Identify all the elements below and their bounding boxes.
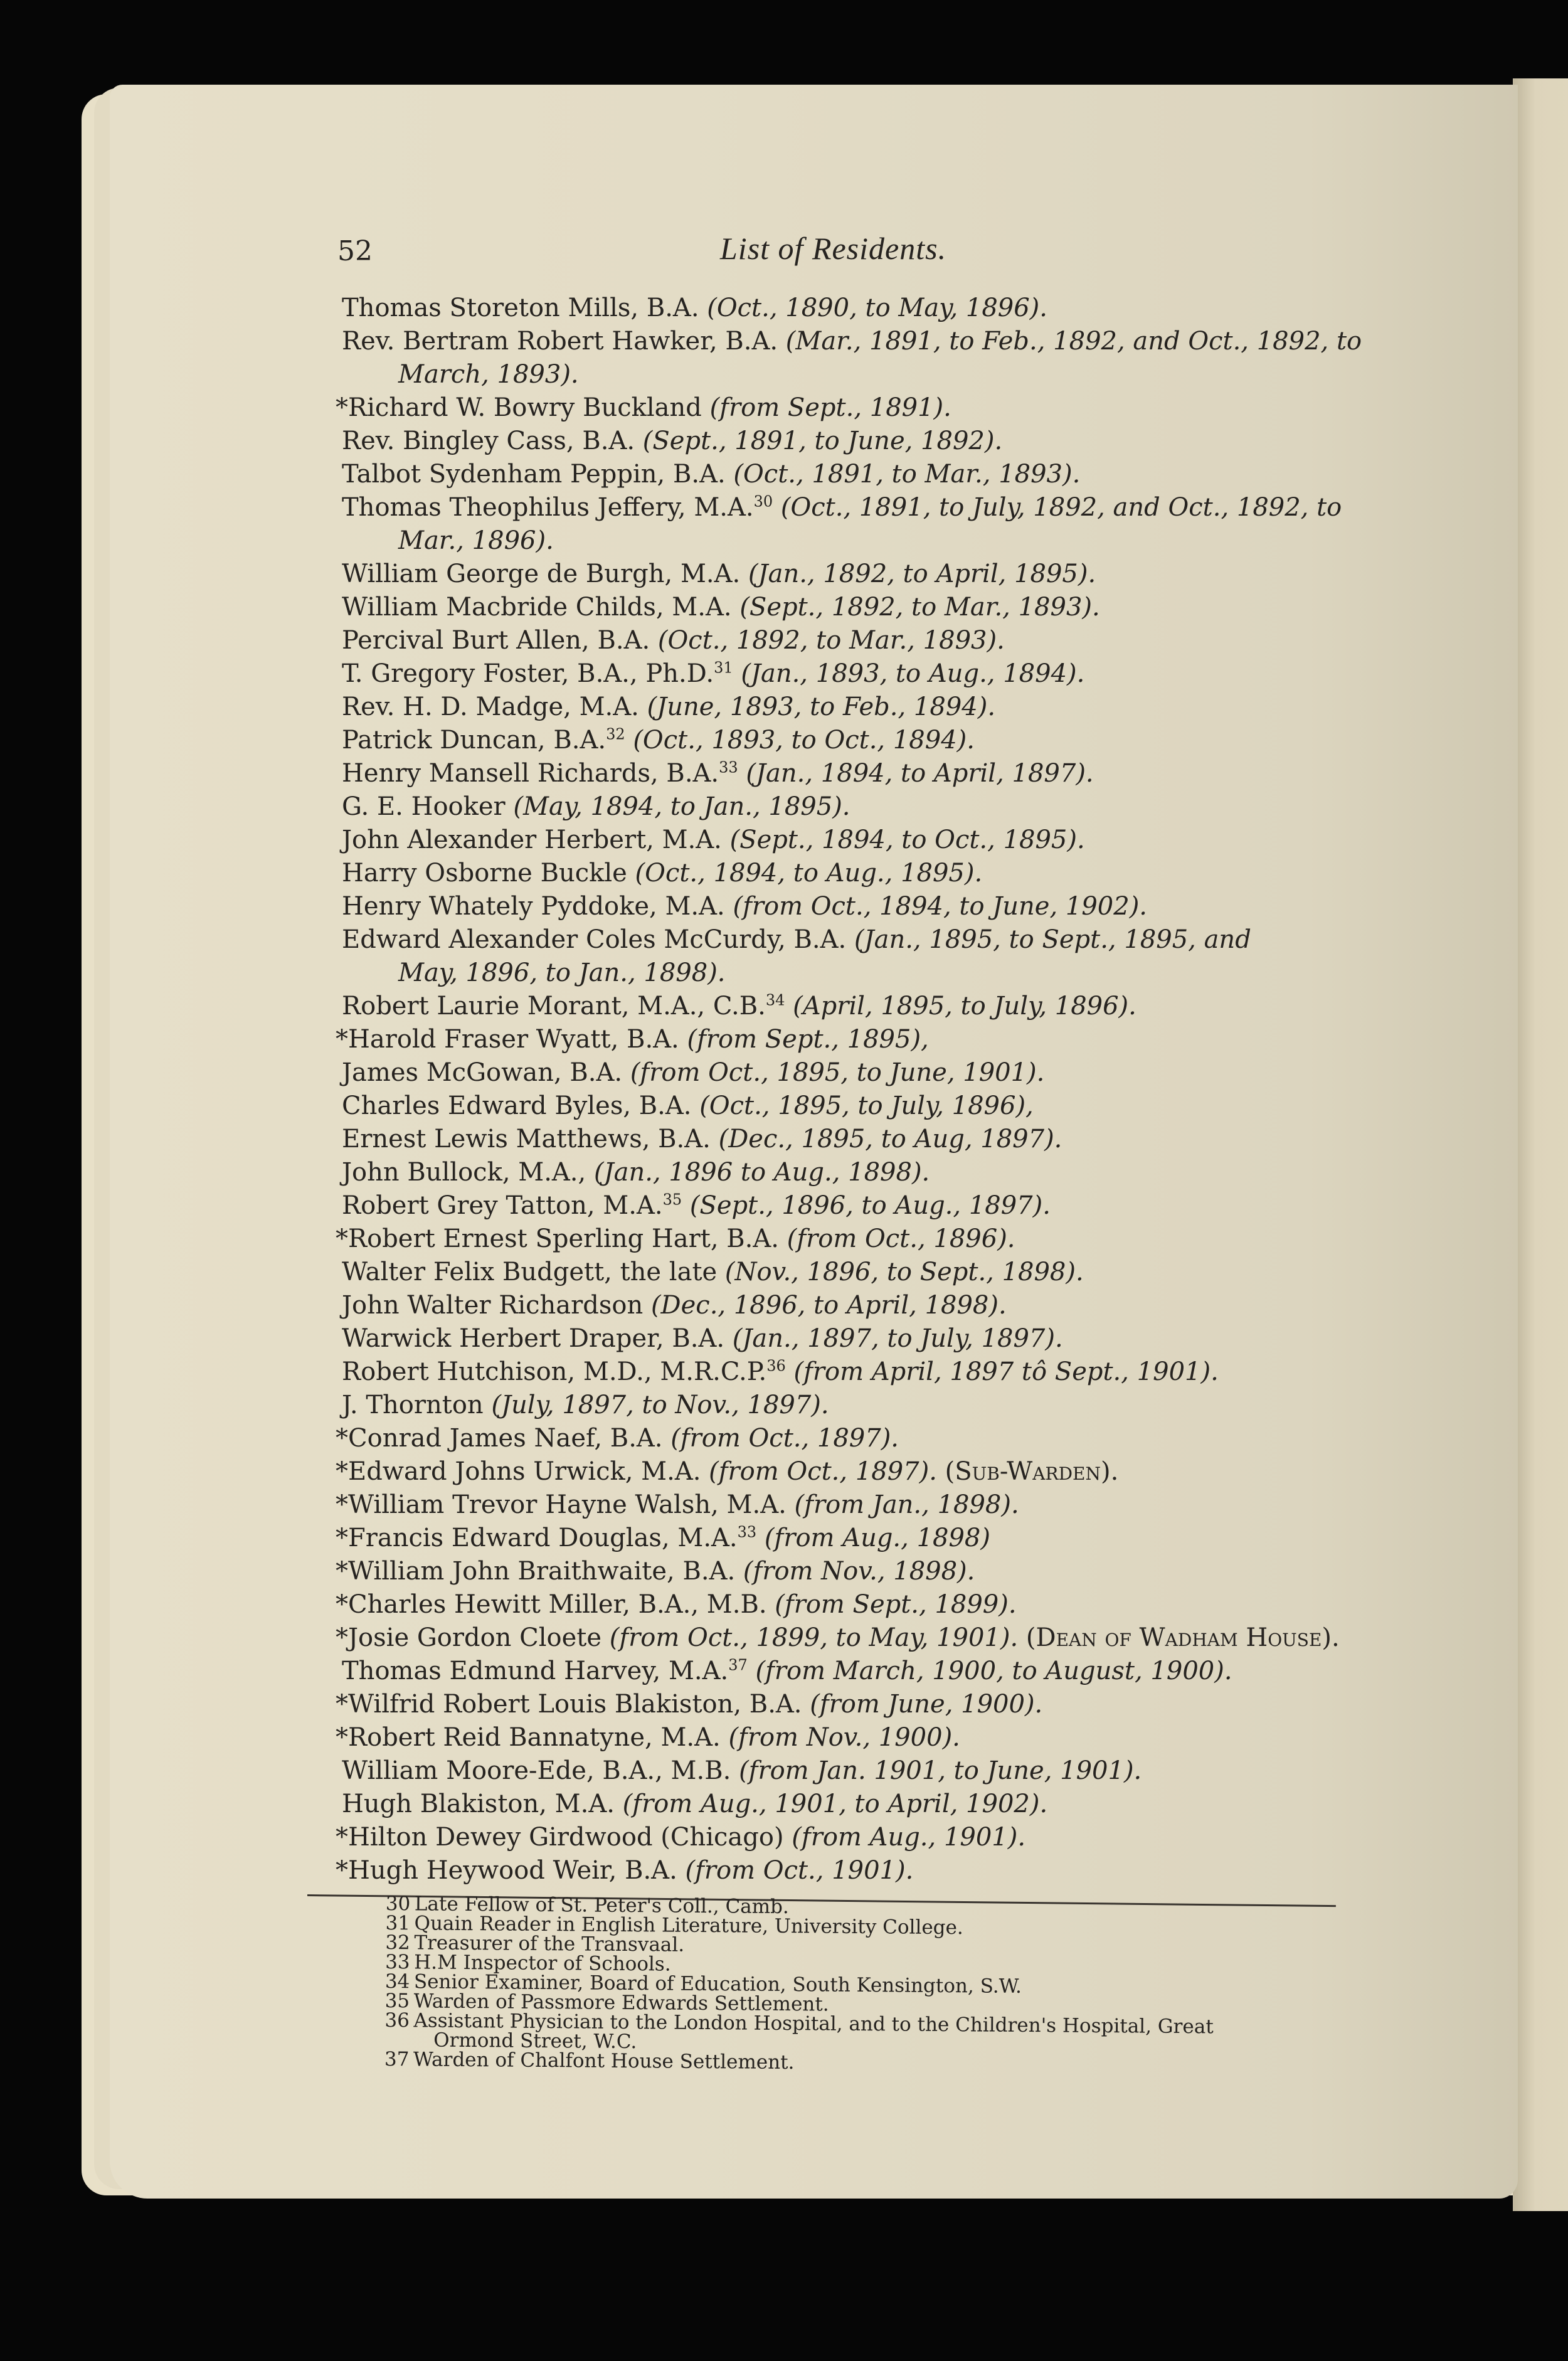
- footnote-number: 34: [385, 1972, 414, 1992]
- resident-name: Percival Burt Allen, B.A.: [342, 626, 650, 655]
- residence-dates: (from Oct., 1894, to June, 1902).: [733, 892, 1147, 921]
- resident-entry: *Robert Reid Bannatyne, M.A. (from Nov.,…: [336, 1721, 1402, 1754]
- residence-dates: (June, 1893, to Feb., 1894).: [647, 692, 995, 721]
- entry-line: William George de Burgh, M.A. (Jan., 189…: [342, 560, 1096, 588]
- resident-name: T. Gregory Foster, B.A., Ph.D.: [342, 659, 714, 688]
- entry-line: Rev. H. D. Madge, M.A. (June, 1893, to F…: [342, 692, 995, 721]
- resident-name: Thomas Storeton Mills, B.A.: [342, 294, 699, 322]
- resident-name: Josie Gordon Cloete: [348, 1623, 601, 1652]
- footnote-ref: 35: [663, 1191, 682, 1209]
- footnote-number: 31: [386, 1914, 415, 1933]
- resident-name: William Macbride Childs, M.A.: [342, 593, 732, 622]
- entry-line: Harry Osborne Buckle (Oct., 1894, to Aug…: [342, 859, 982, 888]
- resident-entry: *Hugh Heywood Weir, B.A. (from Oct., 190…: [336, 1854, 1402, 1887]
- running-title: List of Residents.: [720, 230, 946, 267]
- entry-line: Edward Alexander Coles McCurdy, B.A. (Ja…: [342, 925, 1251, 954]
- resident-entry: *Richard W. Bowry Buckland (from Sept., …: [336, 391, 1402, 425]
- residence-dates: (April, 1895, to July, 1896).: [793, 992, 1136, 1021]
- residence-dates: (Oct., 1892, to Mar., 1893).: [658, 626, 1005, 655]
- asterisk-marker: *: [336, 1490, 348, 1519]
- residence-dates: (Sept., 1891, to June, 1892).: [643, 427, 1002, 455]
- residence-dates: (May, 1894, to Jan., 1895).: [513, 792, 850, 821]
- residence-dates: (Oct., 1890, to May, 1896).: [707, 294, 1047, 322]
- residence-dates: (from Aug., 1898): [765, 1524, 990, 1552]
- entry-line: Robert Grey Tatton, M.A.35 (Sept., 1896,…: [342, 1191, 1051, 1220]
- entry-line: Ernest Lewis Matthews, B.A. (Dec., 1895,…: [342, 1125, 1062, 1154]
- footnote-ref: 31: [714, 659, 733, 677]
- entry-line: *William John Braithwaite, B.A. (from No…: [336, 1557, 975, 1586]
- residence-dates: (Dec., 1895, to Aug, 1897).: [719, 1125, 1062, 1154]
- resident-entry: *Edward Johns Urwick, M.A. (from Oct., 1…: [336, 1455, 1402, 1488]
- resident-entry: James McGowan, B.A. (from Oct., 1895, to…: [336, 1056, 1402, 1090]
- entry-line: J. Thornton (July, 1897, to Nov., 1897).: [342, 1391, 829, 1419]
- asterisk-marker: *: [336, 1856, 348, 1885]
- page-header: 52 List of Residents.: [337, 235, 1278, 285]
- entry-line: William Macbride Childs, M.A. (Sept., 18…: [342, 593, 1100, 622]
- entry-line: *Robert Reid Bannatyne, M.A. (from Nov.,…: [336, 1723, 960, 1752]
- resident-entry: G. E. Hooker (May, 1894, to Jan., 1895).: [336, 790, 1402, 824]
- resident-entry: Thomas Storeton Mills, B.A. (Oct., 1890,…: [336, 292, 1402, 325]
- resident-name: John Bullock, M.A.,: [342, 1158, 586, 1187]
- resident-name: Charles Hewitt Miller, B.A., M.B.: [348, 1590, 767, 1619]
- resident-entry: Rev. Bertram Robert Hawker, B.A. (Mar., …: [336, 325, 1402, 391]
- footnote-ref: 33: [738, 1524, 757, 1541]
- resident-entry: Rev. H. D. Madge, M.A. (June, 1893, to F…: [336, 691, 1402, 724]
- resident-entry: *Hilton Dewey Girdwood (Chicago) (from A…: [336, 1821, 1402, 1854]
- resident-name: William Moore-Ede, B.A., M.B.: [342, 1756, 731, 1785]
- footnote-ref: 33: [719, 759, 738, 777]
- resident-entry: Thomas Theophilus Jeffery, M.A.30 (Oct.,…: [336, 491, 1402, 558]
- entry-line: John Alexander Herbert, M.A. (Sept., 189…: [342, 825, 1085, 854]
- residence-dates-continued: May, 1896, to Jan., 1898).: [342, 957, 1402, 990]
- residence-dates-continued: March, 1893).: [342, 358, 1402, 391]
- residence-dates: (from March, 1900, to August, 1900).: [756, 1657, 1232, 1685]
- resident-name: Wilfrid Robert Louis Blakiston, B.A.: [348, 1690, 802, 1719]
- resident-name: Walter Felix Budgett, the late: [342, 1258, 717, 1287]
- entry-line: *Charles Hewitt Miller, B.A., M.B. (from…: [336, 1590, 1017, 1619]
- resident-name: Henry Whately Pyddoke, M.A.: [342, 892, 725, 921]
- asterisk-marker: *: [336, 1424, 348, 1453]
- residence-dates: (from April, 1897 tô Sept., 1901).: [794, 1357, 1219, 1386]
- entry-line: Talbot Sydenham Peppin, B.A. (Oct., 1891…: [342, 460, 1080, 489]
- residence-dates: (Jan., 1895, to Sept., 1895, and: [854, 925, 1251, 954]
- resident-entry: Walter Felix Budgett, the late (Nov., 18…: [336, 1256, 1402, 1289]
- footnote-ref: 37: [728, 1657, 748, 1674]
- resident-name: Patrick Duncan, B.A.: [342, 726, 606, 755]
- resident-name: Thomas Edmund Harvey, M.A.: [342, 1657, 728, 1685]
- footnote-number: 36: [384, 2011, 413, 2030]
- resident-name: James McGowan, B.A.: [342, 1058, 622, 1087]
- resident-entry: Henry Whately Pyddoke, M.A. (from Oct., …: [336, 890, 1402, 923]
- residence-dates: (Jan., 1896 to Aug., 1898).: [594, 1158, 930, 1187]
- resident-entry: William Moore-Ede, B.A., M.B. (from Jan.…: [336, 1754, 1402, 1788]
- entry-line: Thomas Theophilus Jeffery, M.A.30 (Oct.,…: [342, 493, 1342, 522]
- entry-line: James McGowan, B.A. (from Oct., 1895, to…: [342, 1058, 1044, 1087]
- entry-line: Rev. Bertram Robert Hawker, B.A. (Mar., …: [342, 327, 1362, 356]
- entry-line: G. E. Hooker (May, 1894, to Jan., 1895).: [342, 792, 850, 821]
- asterisk-marker: *: [336, 1590, 348, 1619]
- residence-dates: (from Oct., 1896).: [787, 1224, 1015, 1253]
- footnotes: 30Late Fellow of St. Peter's Coll., Camb…: [384, 1894, 1327, 2077]
- footnote-ref: 30: [754, 493, 773, 511]
- entry-line: Hugh Blakiston, M.A. (from Aug., 1901, t…: [342, 1790, 1047, 1818]
- residence-dates: (from June, 1900).: [810, 1690, 1042, 1719]
- resident-role: (Dean of Wadham House).: [1026, 1623, 1340, 1652]
- resident-entry: *William Trevor Hayne Walsh, M.A. (from …: [336, 1488, 1402, 1522]
- resident-entry: Edward Alexander Coles McCurdy, B.A. (Ja…: [336, 923, 1402, 990]
- footnote-ref: 34: [766, 992, 785, 1009]
- resident-name: Hugh Heywood Weir, B.A.: [348, 1856, 677, 1885]
- residents-list: Thomas Storeton Mills, B.A. (Oct., 1890,…: [336, 292, 1402, 1887]
- resident-entry: Charles Edward Byles, B.A. (Oct., 1895, …: [336, 1090, 1402, 1123]
- resident-entry: Robert Grey Tatton, M.A.35 (Sept., 1896,…: [336, 1189, 1402, 1223]
- residence-dates: (Oct., 1891, to Mar., 1893).: [733, 460, 1080, 489]
- residence-dates: (from Oct., 1901).: [686, 1856, 914, 1885]
- asterisk-marker: *: [336, 1690, 348, 1719]
- resident-name: G. E. Hooker: [342, 792, 506, 821]
- resident-entry: *Francis Edward Douglas, M.A.33 (from Au…: [336, 1522, 1402, 1555]
- residence-dates: (from Oct., 1895, to June, 1901).: [630, 1058, 1045, 1087]
- resident-name: John Walter Richardson: [342, 1291, 643, 1320]
- resident-name: William Trevor Hayne Walsh, M.A.: [348, 1490, 787, 1519]
- residence-dates: (from Aug., 1901).: [792, 1823, 1025, 1852]
- resident-entry: William George de Burgh, M.A. (Jan., 189…: [336, 558, 1402, 591]
- resident-entry: *Robert Ernest Sperling Hart, B.A. (from…: [336, 1223, 1402, 1256]
- residence-dates: (Jan., 1894, to April, 1897).: [746, 759, 1093, 788]
- residence-dates: (Nov., 1896, to Sept., 1898).: [725, 1258, 1084, 1287]
- resident-name: Charles Edward Byles, B.A.: [342, 1091, 692, 1120]
- resident-entry: William Macbride Childs, M.A. (Sept., 18…: [336, 591, 1402, 624]
- entry-line: *Francis Edward Douglas, M.A.33 (from Au…: [336, 1524, 990, 1552]
- resident-entry: *William John Braithwaite, B.A. (from No…: [336, 1555, 1402, 1588]
- entry-line: Robert Hutchison, M.D., M.R.C.P.36 (from…: [342, 1357, 1219, 1386]
- resident-name: William John Braithwaite, B.A.: [348, 1557, 735, 1586]
- resident-entry: Ernest Lewis Matthews, B.A. (Dec., 1895,…: [336, 1123, 1402, 1156]
- residence-dates: (from Jan. 1901, to June, 1901).: [739, 1756, 1142, 1785]
- resident-name: Henry Mansell Richards, B.A.: [342, 759, 719, 788]
- resident-name: Francis Edward Douglas, M.A.: [348, 1524, 738, 1552]
- resident-entry: Hugh Blakiston, M.A. (from Aug., 1901, t…: [336, 1788, 1402, 1821]
- residence-dates: (Sept., 1892, to Mar., 1893).: [739, 593, 1099, 622]
- resident-entry: *Conrad James Naef, B.A. (from Oct., 189…: [336, 1422, 1402, 1455]
- entry-line: *William Trevor Hayne Walsh, M.A. (from …: [336, 1490, 1019, 1519]
- residence-dates: (from Nov., 1898).: [743, 1557, 975, 1586]
- residence-dates: (Jan., 1897, to July, 1897).: [733, 1324, 1063, 1353]
- residence-dates: (Sept., 1896, to Aug., 1897).: [690, 1191, 1051, 1220]
- resident-entry: Robert Laurie Morant, M.A., C.B.34 (Apri…: [336, 990, 1402, 1023]
- residence-dates: (July, 1897, to Nov., 1897).: [491, 1391, 829, 1419]
- residence-dates: (from Oct., 1899, to May, 1901).: [610, 1623, 1018, 1652]
- residence-dates: (from Sept., 1895),: [687, 1025, 929, 1054]
- residence-dates: (from Sept., 1891).: [710, 393, 951, 422]
- resident-name: Warwick Herbert Draper, B.A.: [342, 1324, 724, 1353]
- resident-name: Hugh Blakiston, M.A.: [342, 1790, 615, 1818]
- resident-name: Edward Alexander Coles McCurdy, B.A.: [342, 925, 846, 954]
- resident-name: J. Thornton: [342, 1391, 484, 1419]
- resident-name: Hilton Dewey Girdwood (Chicago): [348, 1823, 784, 1852]
- residence-dates: (Oct., 1895, to July, 1896),: [699, 1091, 1034, 1120]
- entry-line: *Edward Johns Urwick, M.A. (from Oct., 1…: [336, 1457, 1118, 1486]
- entry-line: Rev. Bingley Cass, B.A. (Sept., 1891, to…: [342, 427, 1002, 455]
- asterisk-marker: *: [336, 1723, 348, 1752]
- entry-line: John Bullock, M.A., (Jan., 1896 to Aug.,…: [342, 1158, 930, 1187]
- facing-page-edge: [1513, 78, 1568, 2211]
- resident-entry: Patrick Duncan, B.A.32 (Oct., 1893, to O…: [336, 724, 1402, 757]
- resident-entry: Percival Burt Allen, B.A. (Oct., 1892, t…: [336, 624, 1402, 657]
- residence-dates: (Jan., 1893, to Aug., 1894).: [741, 659, 1084, 688]
- residence-dates: (from Jan., 1898).: [795, 1490, 1019, 1519]
- footnote-number: 37: [384, 2050, 413, 2069]
- resident-role: (Sub-Warden).: [945, 1457, 1119, 1486]
- resident-entry: John Alexander Herbert, M.A. (Sept., 189…: [336, 824, 1402, 857]
- resident-entry: *Wilfrid Robert Louis Blakiston, B.A. (f…: [336, 1688, 1402, 1721]
- asterisk-marker: *: [336, 1557, 348, 1586]
- entry-line: Henry Whately Pyddoke, M.A. (from Oct., …: [342, 892, 1147, 921]
- residence-dates-continued: Mar., 1896).: [342, 524, 1402, 558]
- resident-name: Conrad James Naef, B.A.: [348, 1424, 663, 1453]
- resident-entry: John Bullock, M.A., (Jan., 1896 to Aug.,…: [336, 1156, 1402, 1189]
- entry-line: John Walter Richardson (Dec., 1896, to A…: [342, 1291, 1007, 1320]
- footnote-text: Warden of Chalfont House Settlement.: [413, 2048, 795, 2074]
- entry-line: *Wilfrid Robert Louis Blakiston, B.A. (f…: [336, 1690, 1042, 1719]
- resident-name: Ernest Lewis Matthews, B.A.: [342, 1125, 711, 1154]
- footnote-ref: 36: [766, 1357, 786, 1375]
- resident-entry: Robert Hutchison, M.D., M.R.C.P.36 (from…: [336, 1356, 1402, 1389]
- residence-dates: (Oct., 1893, to Oct., 1894).: [633, 726, 975, 755]
- entry-line: *Harold Fraser Wyatt, B.A. (from Sept., …: [336, 1025, 929, 1054]
- entry-line: Thomas Storeton Mills, B.A. (Oct., 1890,…: [342, 294, 1047, 322]
- resident-entry: Warwick Herbert Draper, B.A. (Jan., 1897…: [336, 1322, 1402, 1356]
- residence-dates: (from Aug., 1901, to April, 1902).: [623, 1790, 1048, 1818]
- residence-dates: (Dec., 1896, to April, 1898).: [651, 1291, 1007, 1320]
- entry-line: William Moore-Ede, B.A., M.B. (from Jan.…: [342, 1756, 1142, 1785]
- residence-dates: (from Oct., 1897).: [709, 1457, 937, 1486]
- asterisk-marker: *: [336, 1823, 348, 1852]
- asterisk-marker: *: [336, 393, 348, 422]
- residence-dates: (Oct., 1891, to July, 1892, and Oct., 18…: [781, 493, 1342, 522]
- resident-entry: Henry Mansell Richards, B.A.33 (Jan., 18…: [336, 757, 1402, 790]
- resident-name: Robert Grey Tatton, M.A.: [342, 1191, 663, 1220]
- resident-entry: *Harold Fraser Wyatt, B.A. (from Sept., …: [336, 1023, 1402, 1056]
- residence-dates: (Sept., 1894, to Oct., 1895).: [730, 825, 1085, 854]
- resident-name: Harry Osborne Buckle: [342, 859, 627, 888]
- resident-entry: T. Gregory Foster, B.A., Ph.D.31 (Jan., …: [336, 657, 1402, 691]
- entry-line: Warwick Herbert Draper, B.A. (Jan., 1897…: [342, 1324, 1063, 1353]
- footnote-number: 33: [385, 1953, 414, 1972]
- footnote-number: 30: [386, 1894, 415, 1914]
- asterisk-marker: *: [336, 1524, 348, 1552]
- footnote-number: 32: [385, 1933, 414, 1953]
- resident-name: Talbot Sydenham Peppin, B.A.: [342, 460, 726, 489]
- resident-name: Rev. Bingley Cass, B.A.: [342, 427, 635, 455]
- residence-dates: (from Nov., 1900).: [728, 1723, 960, 1752]
- entry-line: *Richard W. Bowry Buckland (from Sept., …: [336, 393, 951, 422]
- entry-line: T. Gregory Foster, B.A., Ph.D.31 (Jan., …: [342, 659, 1084, 688]
- entry-line: *Hugh Heywood Weir, B.A. (from Oct., 190…: [336, 1856, 913, 1885]
- entry-line: *Robert Ernest Sperling Hart, B.A. (from…: [336, 1224, 1015, 1253]
- entry-line: Robert Laurie Morant, M.A., C.B.34 (Apri…: [342, 992, 1136, 1021]
- resident-entry: Talbot Sydenham Peppin, B.A. (Oct., 1891…: [336, 458, 1402, 491]
- resident-name: Harold Fraser Wyatt, B.A.: [348, 1025, 679, 1054]
- entry-line: Henry Mansell Richards, B.A.33 (Jan., 18…: [342, 759, 1094, 788]
- entry-line: Thomas Edmund Harvey, M.A.37 (from March…: [342, 1657, 1232, 1685]
- footnote-ref: 32: [606, 726, 625, 743]
- residence-dates: (from Sept., 1899).: [775, 1590, 1016, 1619]
- asterisk-marker: *: [336, 1025, 348, 1054]
- asterisk-marker: *: [336, 1457, 348, 1486]
- residence-dates: (from Oct., 1897).: [670, 1424, 899, 1453]
- entry-line: Walter Felix Budgett, the late (Nov., 18…: [342, 1258, 1084, 1287]
- entry-line: Charles Edward Byles, B.A. (Oct., 1895, …: [342, 1091, 1034, 1120]
- resident-entry: John Walter Richardson (Dec., 1896, to A…: [336, 1289, 1402, 1322]
- residence-dates: (Mar., 1891, to Feb., 1892, and Oct., 18…: [786, 327, 1362, 356]
- footnote-number: 35: [385, 1992, 414, 2011]
- resident-name: Robert Laurie Morant, M.A., C.B.: [342, 992, 766, 1021]
- resident-entry: Rev. Bingley Cass, B.A. (Sept., 1891, to…: [336, 425, 1402, 458]
- resident-entry: J. Thornton (July, 1897, to Nov., 1897).: [336, 1389, 1402, 1422]
- resident-name: Thomas Theophilus Jeffery, M.A.: [342, 493, 754, 522]
- page-number: 52: [337, 235, 373, 267]
- resident-entry: Thomas Edmund Harvey, M.A.37 (from March…: [336, 1655, 1402, 1688]
- residence-dates: (Oct., 1894, to Aug., 1895).: [635, 859, 983, 888]
- resident-name: William George de Burgh, M.A.: [342, 560, 740, 588]
- resident-name: John Alexander Herbert, M.A.: [342, 825, 722, 854]
- resident-name: Rev. H. D. Madge, M.A.: [342, 692, 639, 721]
- resident-name: Robert Hutchison, M.D., M.R.C.P.: [342, 1357, 766, 1386]
- resident-name: Richard W. Bowry Buckland: [348, 393, 702, 422]
- resident-name: Robert Ernest Sperling Hart, B.A.: [348, 1224, 779, 1253]
- resident-entry: *Josie Gordon Cloete (from Oct., 1899, t…: [336, 1621, 1402, 1655]
- resident-name: Edward Johns Urwick, M.A.: [348, 1457, 701, 1486]
- entry-line: *Hilton Dewey Girdwood (Chicago) (from A…: [336, 1823, 1025, 1852]
- resident-name: Robert Reid Bannatyne, M.A.: [348, 1723, 721, 1752]
- residence-dates: (Jan., 1892, to April, 1895).: [748, 560, 1096, 588]
- resident-entry: *Charles Hewitt Miller, B.A., M.B. (from…: [336, 1588, 1402, 1621]
- entry-line: Percival Burt Allen, B.A. (Oct., 1892, t…: [342, 626, 1005, 655]
- entry-line: *Conrad James Naef, B.A. (from Oct., 189…: [336, 1424, 899, 1453]
- resident-name: Rev. Bertram Robert Hawker, B.A.: [342, 327, 778, 356]
- entry-line: *Josie Gordon Cloete (from Oct., 1899, t…: [336, 1623, 1340, 1652]
- entry-line: Patrick Duncan, B.A.32 (Oct., 1893, to O…: [342, 726, 975, 755]
- asterisk-marker: *: [336, 1623, 348, 1652]
- asterisk-marker: *: [336, 1224, 348, 1253]
- resident-entry: Harry Osborne Buckle (Oct., 1894, to Aug…: [336, 857, 1402, 890]
